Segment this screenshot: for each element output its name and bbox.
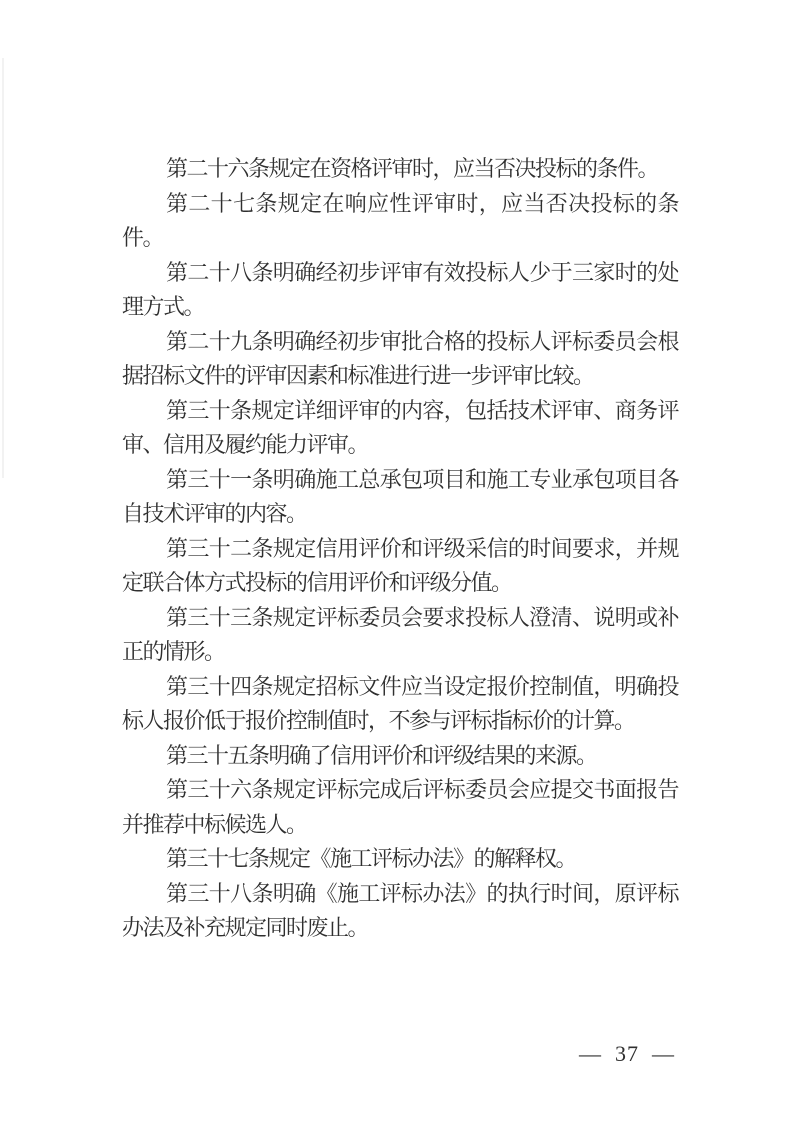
document-body: 第二十六条规定在资格评审时，应当否决投标的条件。 第二十七条规定在响应性评审时，… bbox=[122, 152, 678, 946]
document-paragraph: 第三十三条规定评标委员会要求投标人澄清、说明或补正的情形。 bbox=[122, 601, 678, 670]
document-paragraph: 第三十七条规定《施工评标办法》的解释权。 bbox=[122, 842, 678, 877]
document-paragraph: 第二十七条规定在响应性评审时，应当否决投标的条件。 bbox=[122, 187, 678, 256]
document-paragraph: 第三十条规定详细评审的内容，包括技术评审、商务评审、信用及履约能力评审。 bbox=[122, 394, 678, 463]
document-paragraph: 第三十一条明确施工总承包项目和施工专业承包项目各自技术评审的内容。 bbox=[122, 463, 678, 532]
document-paragraph: 第三十八条明确《施工评标办法》的执行时间，原评标办法及补充规定同时废止。 bbox=[122, 877, 678, 946]
scan-edge-artifact bbox=[2, 58, 4, 478]
document-page: 第二十六条规定在资格评审时，应当否决投标的条件。 第二十七条规定在响应性评审时，… bbox=[0, 0, 793, 1122]
document-paragraph: 第二十九条明确经初步审批合格的投标人评标委员会根据招标文件的评审因素和标准进行进… bbox=[122, 325, 678, 394]
document-paragraph: 第三十五条明确了信用评价和评级结果的来源。 bbox=[122, 739, 678, 774]
page-number: — 37 — bbox=[579, 1040, 675, 1068]
document-paragraph: 第三十四条规定招标文件应当设定报价控制值，明确投标人报价低于报价控制值时，不参与… bbox=[122, 670, 678, 739]
document-paragraph: 第二十八条明确经初步评审有效投标人少于三家时的处理方式。 bbox=[122, 256, 678, 325]
document-paragraph: 第三十六条规定评标完成后评标委员会应提交书面报告并推荐中标候选人。 bbox=[122, 773, 678, 842]
document-paragraph: 第二十六条规定在资格评审时，应当否决投标的条件。 bbox=[122, 152, 678, 187]
document-paragraph: 第三十二条规定信用评价和评级采信的时间要求，并规定联合体方式投标的信用评价和评级… bbox=[122, 532, 678, 601]
